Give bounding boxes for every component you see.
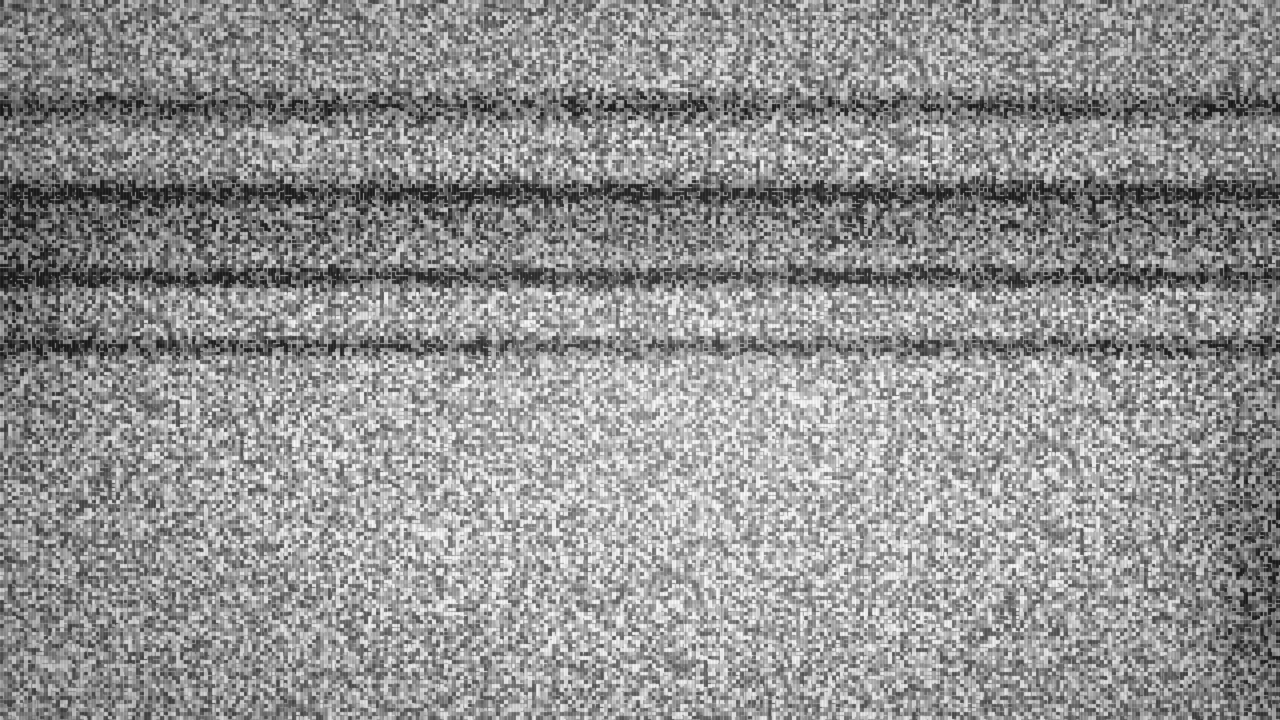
noise-texture xyxy=(0,0,1280,720)
